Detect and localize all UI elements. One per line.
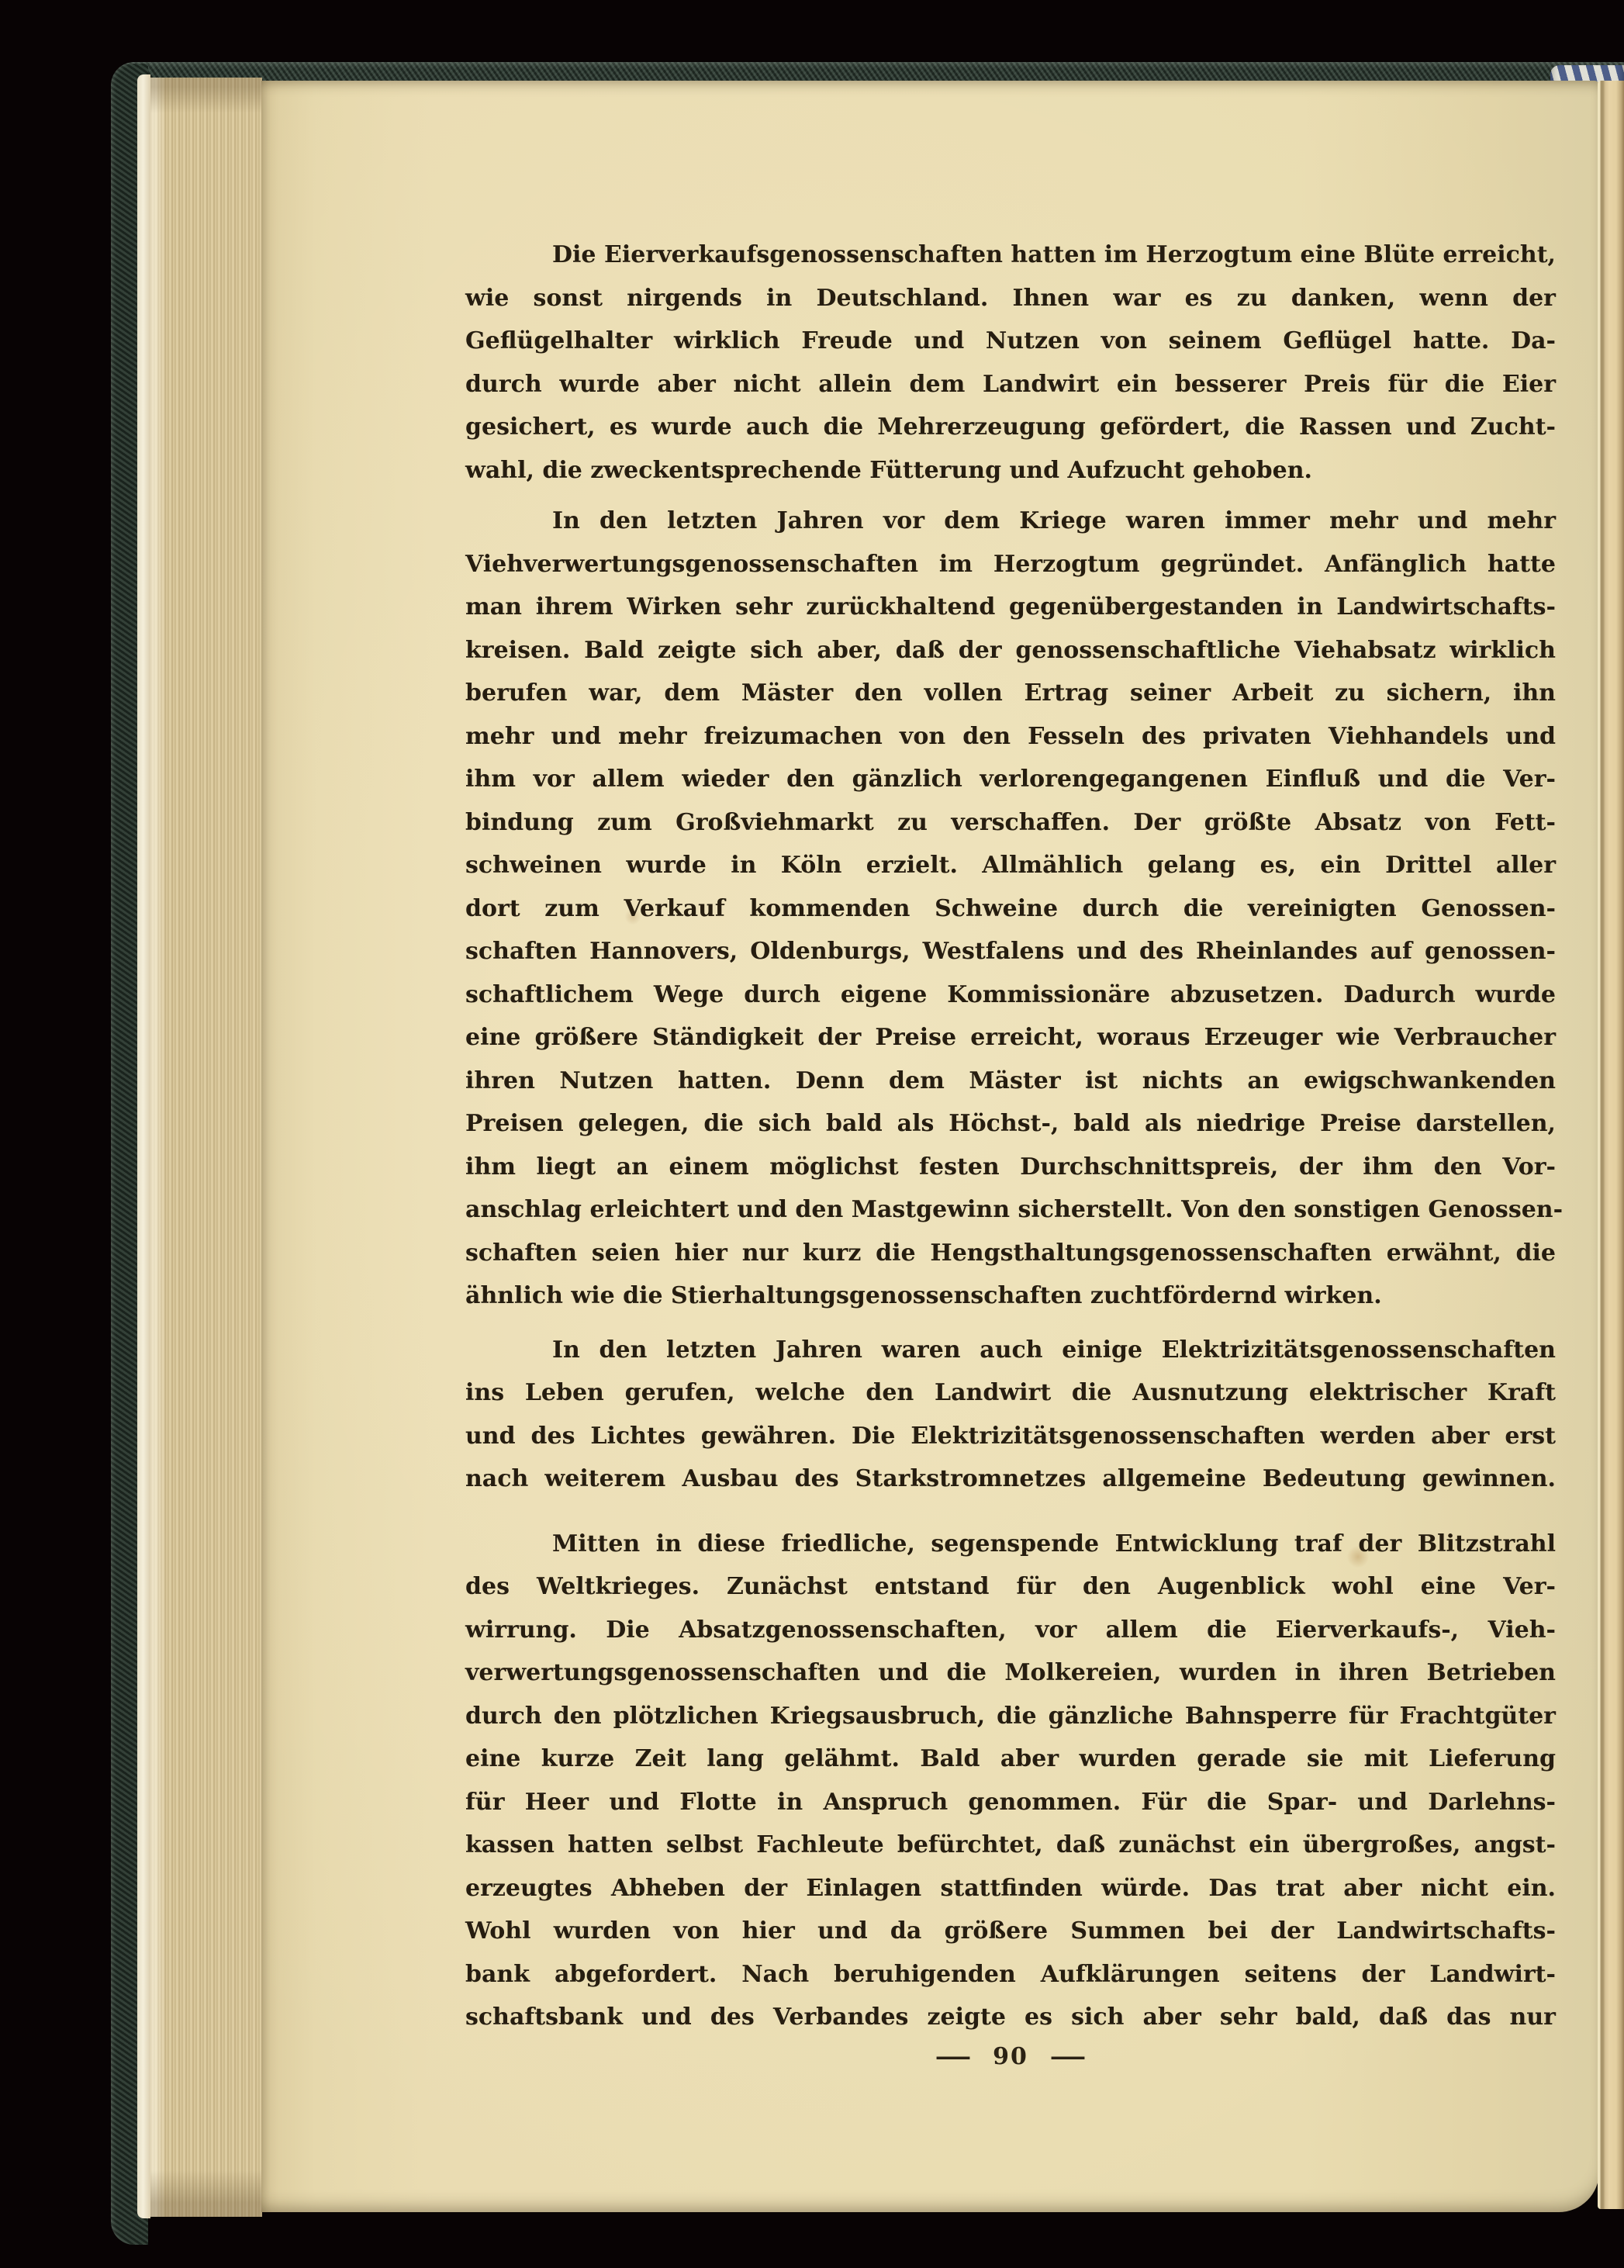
text-line: Viehverwertungsgenossenschaften im Herzo…: [465, 543, 1556, 586]
text-line: anschlag erleichtert und den Mastgewinn …: [465, 1188, 1556, 1232]
text-line: schaftsbank und des Verbandes zeigte es …: [465, 1996, 1556, 2039]
text-line: schaften seien hier nur kurz die Hengsth…: [465, 1232, 1556, 1275]
paragraph: In den letzten Jahren vor dem Kriege war…: [465, 500, 1556, 1318]
text-line: für Heer und Flotte in Anspruch genommen…: [465, 1781, 1556, 1824]
text-line: Geflügelhalter wirklich Freude und Nutze…: [465, 320, 1556, 363]
text-line: durch wurde aber nicht allein dem Landwi…: [465, 363, 1556, 406]
text-line: des Weltkrieges. Zunächst entstand für d…: [465, 1565, 1556, 1609]
text-line: In den letzten Jahren waren auch einige …: [465, 1329, 1556, 1372]
text-line: gesichert, es wurde auch die Mehrerzeugu…: [465, 406, 1556, 449]
paragraph: Die Eierverkaufsgenossenschaften hatten …: [465, 233, 1556, 492]
text-line: schweinen wurde in Köln erzielt. Allmähl…: [465, 844, 1556, 887]
text-line: ihm liegt an einem möglichst festen Durc…: [465, 1146, 1556, 1189]
text-line: schaftlichem Wege durch eigene Kommissio…: [465, 973, 1556, 1017]
text-line: In den letzten Jahren vor dem Kriege war…: [465, 500, 1556, 543]
text-line: Die Eierverkaufsgenossenschaften hatten …: [465, 233, 1556, 277]
paragraph: In den letzten Jahren waren auch einige …: [465, 1329, 1556, 1501]
text-line: erzeugtes Abheben der Einlagen stattfind…: [465, 1867, 1556, 1910]
text-line: kreisen. Bald zeigte sich aber, daß der …: [465, 629, 1556, 672]
footer-dash-left: —: [935, 2043, 972, 2070]
text-line: kassen hatten selbst Fachleute befürchte…: [465, 1824, 1556, 1867]
page-footer: —90—: [465, 2043, 1556, 2070]
text-line: berufen war, dem Mäster den vollen Ertra…: [465, 672, 1556, 715]
page-edge-highlight: [137, 74, 150, 2218]
text-line: eine kurze Zeit lang gelähmt. Bald aber …: [465, 1737, 1556, 1781]
text-line: und des Lichtes gewähren. Die Elektrizit…: [465, 1415, 1556, 1458]
text-line: bank abgefordert. Nach beruhigenden Aufk…: [465, 1953, 1556, 1997]
text-line: ähnlich wie die Stierhaltungsgenossensch…: [465, 1274, 1556, 1318]
text-line: mehr und mehr freizumachen von den Fesse…: [465, 715, 1556, 759]
text-line: man ihrem Wirken sehr zurückhaltend gege…: [465, 586, 1556, 629]
text-line: dort zum Verkauf kommenden Schweine durc…: [465, 887, 1556, 931]
page-number: 90: [993, 2043, 1028, 2070]
text-line: ins Leben gerufen, welche den Landwirt d…: [465, 1371, 1556, 1415]
text-line: wirrung. Die Absatzgenossenschaften, vor…: [465, 1609, 1556, 1652]
text-line: verwertungsgenossenschaften und die Molk…: [465, 1651, 1556, 1695]
text-line: bindung zum Großviehmarkt zu verschaffen…: [465, 801, 1556, 845]
adjacent-page-edge: [1598, 81, 1624, 2209]
text-line: wie sonst nirgends in Deutschland. Ihnen…: [465, 277, 1556, 320]
text-line: ihren Nutzen hatten. Denn dem Mäster ist…: [465, 1060, 1556, 1103]
page-text: Die Eierverkaufsgenossenschaften hatten …: [465, 233, 1556, 2039]
text-line: nach weiterem Ausbau des Starkstromnetze…: [465, 1457, 1556, 1501]
footer-dash-right: —: [1049, 2043, 1087, 2070]
text-line: eine größere Ständigkeit der Preise erre…: [465, 1016, 1556, 1060]
text-line: durch den plötzlichen Kriegsausbruch, di…: [465, 1695, 1556, 1738]
text-line: Mitten in diese friedliche, segenspende …: [465, 1523, 1556, 1566]
text-line: Wohl wurden von hier und da größere Summ…: [465, 1910, 1556, 1953]
text-line: Preisen gelegen, die sich bald als Höchs…: [465, 1102, 1556, 1146]
text-line: schaften Hannovers, Oldenburgs, Westfale…: [465, 930, 1556, 973]
paragraph: Mitten in diese friedliche, segenspende …: [465, 1523, 1556, 2039]
text-line: ihm vor allem wieder den gänzlich verlor…: [465, 758, 1556, 801]
page-edges-fan: [150, 78, 262, 2217]
text-line: wahl, die zweckentsprechende Fütterung u…: [465, 449, 1556, 493]
